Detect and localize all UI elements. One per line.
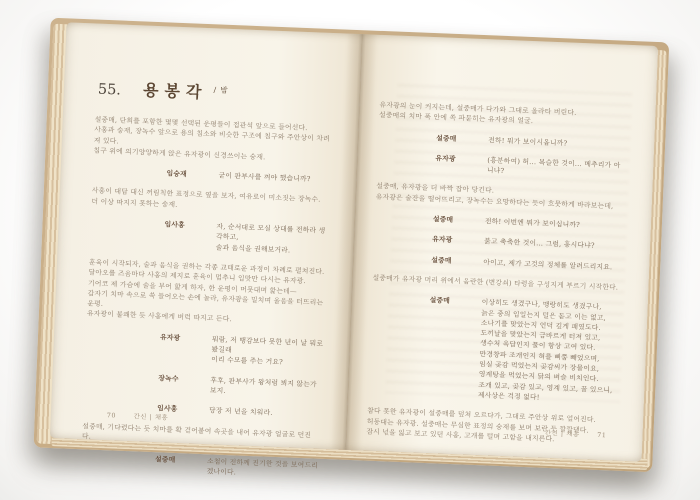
dialogue-lines: 후후, 판부사가 왕처럼 뵈지 않는가 보지.: [210, 375, 323, 400]
action-block: 사홍이 대답 대신 꺼림칙한 표정으로 옆을 보자, 여유로이 미소짓는 장녹수…: [91, 186, 330, 216]
page-number-right: 71: [597, 432, 606, 439]
speaker-name: 유자광: [435, 153, 488, 176]
action-line: 설중매, 기다렸다는 듯 치마를 확 걷어붙여 속곳을 내어 유자광 얼굴로 던…: [82, 421, 321, 451]
dialogue-line: 전하! 이번엔 뭐가 보이십니까?: [485, 216, 580, 230]
dialogue-block: 설중매전하! 이번엔 뭐가 보이십니까?: [433, 214, 621, 232]
dialogue-block: 유자광붉고 축축한 것이... 그럼, 홍시다냐?: [432, 235, 620, 253]
speaker-name: 장녹수: [158, 373, 211, 396]
dialogue-block: 유자광뭐람, 저 땡감보다 못한 년이 날 뭐로 봤길래이리 수모를 주는 거요…: [159, 332, 324, 369]
dialogue-lines: (흥분하여) 허... 복슬한 것이... 메추리가 아니냐?: [487, 155, 624, 181]
action-block: 유자광의 눈이 커지는데, 설중매가 다가와 그대로 올라타 버린다.설중매의 …: [379, 100, 626, 130]
dialogue-block: 설중매소첩이 전하께 진기한 것을 보여드리겠나이다.: [154, 454, 319, 481]
dialogue-lines: 소첩이 전하께 진기한 것을 보여드리겠나이다.: [206, 456, 319, 481]
dialogue-line: (흥분하여) 허... 복슬한 것이... 메추리가 아니냐?: [487, 155, 624, 181]
page-number-left: 70: [107, 412, 116, 419]
running-title-right: 간신 | 채홍: [545, 430, 580, 438]
dialogue-line: 붉고 축축한 것이... 그럼, 홍시다냐?: [484, 237, 595, 252]
open-book: 55. 용봉각 / 밤 설중매, 단희를 포함한 몇몇 선택된 운평들이 접관석…: [50, 22, 658, 461]
dialogue-block: 임숭재굳이 판부사를 껴야 했습니까?: [166, 169, 330, 186]
left-page: 55. 용봉각 / 밤 설중매, 단희를 포함한 몇몇 선택된 운평들이 접관석…: [50, 22, 362, 450]
dialogue-block: 설중매아이고, 제가 고것의 정체를 알려드리지요.: [431, 255, 619, 273]
chapter-time-slug: / 밤: [213, 85, 229, 95]
dialogue-line: 전하! 뭐가 보이시옵니까?: [488, 135, 568, 148]
action-block: 설중매, 유자광을 더 바짝 잡아 당긴다.유자광은 술잔을 떨어뜨리고, 장녹…: [376, 181, 623, 211]
dialogue-block: 임사홍당장 저 년을 치워라.: [157, 403, 321, 420]
speaker-name: 임사홍: [164, 219, 217, 252]
dialogue-block: 설중매이상히도 생겼구나, 맹랑히도 생겼구나,늙은 중의 입일는지 털은 돋고…: [426, 295, 618, 405]
dialogue-block: 임사홍자, 순서대로 모실 상대를 전하라 생각하고,술과 음식을 권해보거라.: [164, 219, 329, 256]
action-block: 설중매, 기다렸다는 듯 치마를 확 걷어붙여 속곳을 내어 유자광 얼굴로 던…: [82, 421, 321, 451]
dialogue-line: 후후, 판부사가 왕처럼 뵈지 않는가 보지.: [210, 375, 323, 400]
dialogue-lines: 아이고, 제가 고것의 정체를 알려드리지요.: [483, 257, 612, 272]
speaker-name: 임숭재: [166, 169, 218, 181]
left-page-script-text: 설중매, 단희를 포함한 몇몇 선택된 운평들이 접관석 앞으로 들어선다.사홍…: [81, 114, 333, 481]
dialogue-lines: 뭐람, 저 땡감보다 못한 년이 날 뭐로 봤길래이리 수모를 주는 거요?: [211, 334, 324, 369]
speaker-name: 유자광: [432, 235, 484, 247]
speaker-name: 설중매: [426, 295, 482, 400]
chapter-number: 55.: [98, 82, 122, 99]
dialogue-line: 아이고, 제가 고것의 정체를 알려드리지요.: [483, 257, 612, 272]
chapter-title: 용봉각: [143, 80, 208, 102]
dialogue-block: 유자광(흥분하여) 허... 복슬한 것이... 메추리가 아니냐?: [435, 153, 624, 181]
dialogue-line: 굳이 판부사를 껴야 했습니까?: [218, 171, 310, 185]
speaker-name: 설중매: [436, 133, 488, 145]
page-spread: 55. 용봉각 / 밤 설중매, 단희를 포함한 몇몇 선택된 운평들이 접관석…: [50, 22, 658, 461]
dialogue-lines: 당장 저 년을 치워라.: [209, 406, 273, 419]
speaker-name: 설중매: [431, 255, 483, 267]
speaker-name: 설중매: [154, 454, 207, 477]
right-page-content: 유자광의 눈이 커지는데, 설중매가 다가와 그대로 올라타 버린다.설중매의 …: [346, 34, 658, 462]
running-title-left: 간신 | 채홍: [133, 413, 168, 421]
dialogue-lines: 이상히도 생겼구나, 맹랑히도 생겼구나,늙은 중의 입일는지 털은 돋고 이는…: [478, 297, 616, 405]
dialogue-lines: 전하! 이번엔 뭐가 보이십니까?: [485, 216, 580, 230]
dialogue-lines: 전하! 뭐가 보이시옵니까?: [488, 135, 568, 148]
action-block: 설중매가 유자광 머리 위에서 음란한 (변강쇠) 타령을 구성지게 부르기 시…: [372, 273, 618, 293]
dialogue-block: 설중매전하! 뭐가 보이시옵니까?: [436, 133, 624, 151]
action-block: 참다 못한 유자광이 설중매를 덮쳐 오르다가, 그대로 주안상 위로 엎어진다…: [366, 406, 613, 447]
dialogue-lines: 굳이 판부사를 껴야 했습니까?: [218, 171, 310, 185]
left-page-content: 55. 용봉각 / 밤 설중매, 단희를 포함한 몇몇 선택된 운평들이 접관석…: [50, 22, 362, 450]
dialogue-block: 장녹수후후, 판부사가 왕처럼 뵈지 않는가 보지.: [158, 373, 323, 400]
action-line: 설중매가 유자광 머리 위에서 음란한 (변강쇠) 타령을 구성지게 부르기 시…: [372, 273, 618, 293]
action-block: 설중매, 단희를 포함한 몇몇 선택된 운평들이 접관석 앞으로 들어선다.사홍…: [93, 114, 332, 165]
right-page: 유자광의 눈이 커지는데, 설중매가 다가와 그대로 올라타 버린다.설중매의 …: [346, 34, 658, 462]
book-photo: 55. 용봉각 / 밤 설중매, 단희를 포함한 몇몇 선택된 운평들이 접관석…: [0, 0, 700, 500]
speaker-name: 설중매: [433, 214, 485, 226]
chapter-heading: 55. 용봉각 / 밤: [98, 76, 335, 108]
right-page-script-text: 유자광의 눈이 커지는데, 설중매가 다가와 그대로 올라타 버린다.설중매의 …: [366, 100, 625, 447]
dialogue-line: 소첩이 전하께 진기한 것을 보여드리겠나이다.: [206, 456, 319, 481]
action-block: 훈육이 시작되자, 술과 음식을 권하는 각종 교태로운 과정이 차례로 펼쳐진…: [87, 257, 327, 328]
dialogue-lines: 자, 순서대로 모실 상대를 전하라 생각하고,술과 음식을 권해보거라.: [215, 222, 328, 257]
dialogue-lines: 붉고 축축한 것이... 그럼, 홍시다냐?: [484, 237, 595, 252]
dialogue-line: 당장 저 년을 치워라.: [209, 406, 273, 419]
speaker-name: 유자광: [159, 332, 212, 365]
